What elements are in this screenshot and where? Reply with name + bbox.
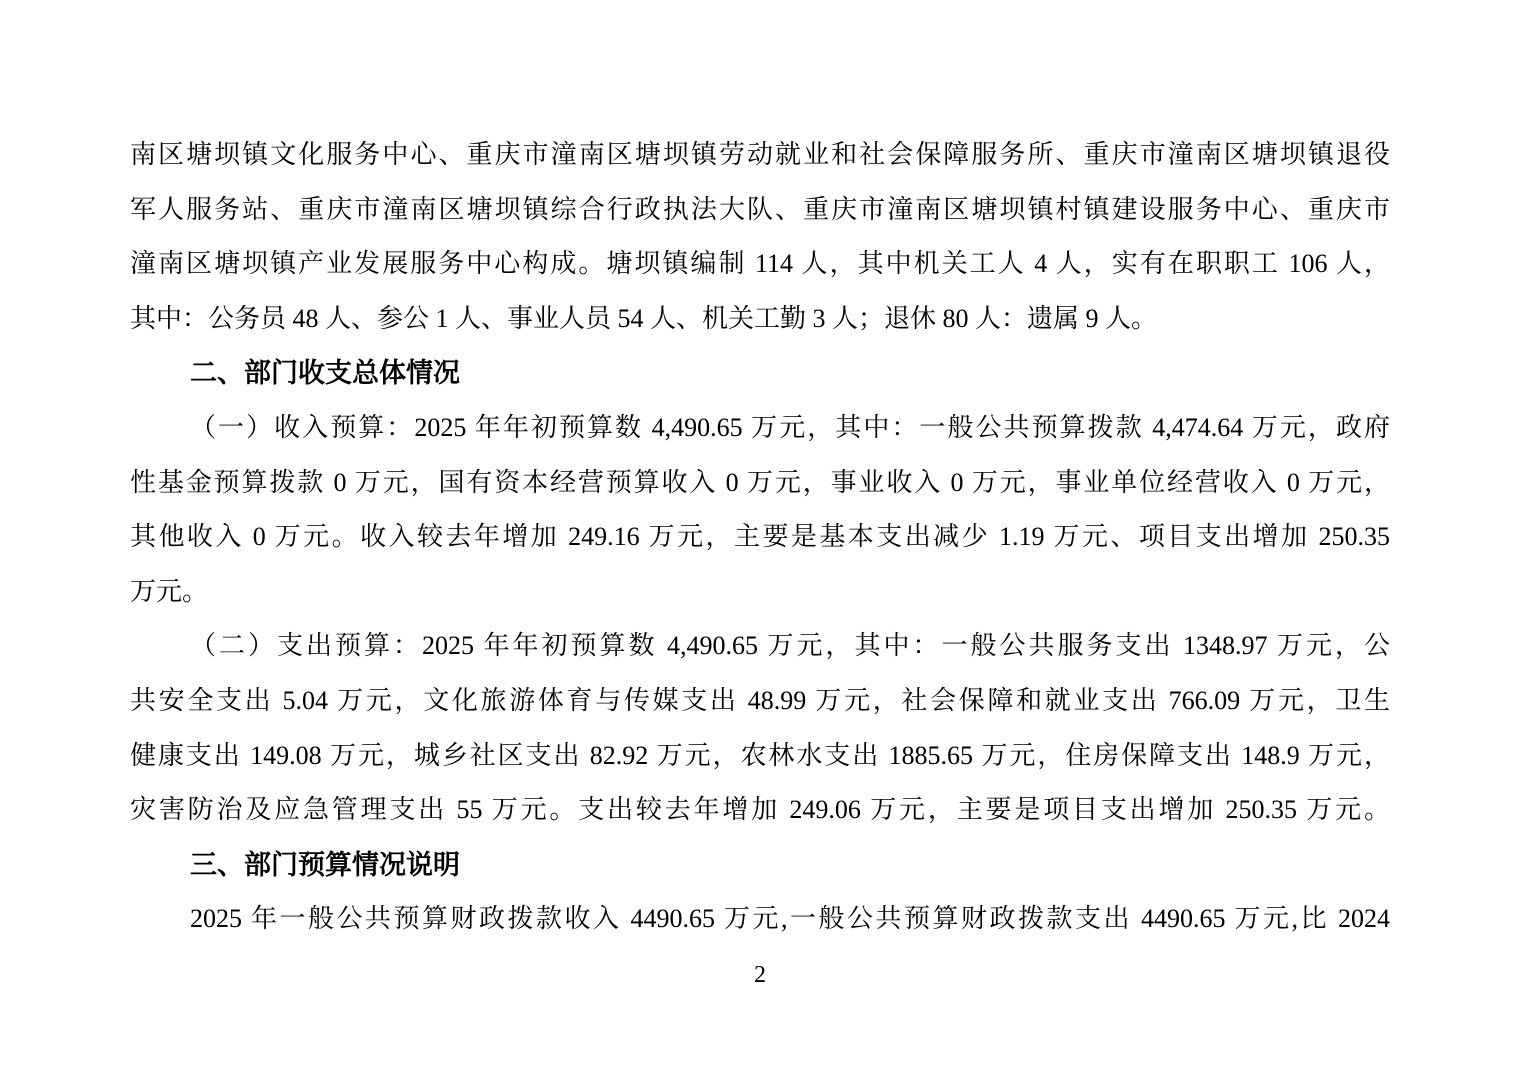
intro-paragraph-line: 军人服务站、重庆市潼南区塘坝镇综合行政执法大队、重庆市潼南区塘坝镇村镇建设服务中… bbox=[130, 183, 1390, 238]
intro-paragraph-line: 南区塘坝镇文化服务中心、重庆市潼南区塘坝镇劳动就业和社会保障服务所、重庆市潼南区… bbox=[130, 128, 1390, 183]
expenditure-paragraph-line: 灾害防治及应急管理支出 55 万元。支出较去年增加 249.06 万元，主要是项… bbox=[130, 783, 1390, 838]
income-paragraph-line: 其他收入 0 万元。收入较去年增加 249.16 万元，主要是基本支出减少 1.… bbox=[130, 510, 1390, 565]
intro-paragraph-line: 潼南区塘坝镇产业发展服务中心构成。塘坝镇编制 114 人，其中机关工人 4 人，… bbox=[130, 237, 1390, 292]
income-paragraph-line: （一）收入预算：2025 年年初预算数 4,490.65 万元，其中：一般公共预… bbox=[130, 401, 1390, 456]
section-3-heading: 三、部门预算情况说明 bbox=[130, 838, 1390, 893]
income-paragraph-line: 万元。 bbox=[130, 565, 1390, 620]
expenditure-paragraph-line: （二）支出预算：2025 年年初预算数 4,490.65 万元，其中：一般公共服… bbox=[130, 619, 1390, 674]
expenditure-paragraph-line: 健康支出 149.08 万元，城乡社区支出 82.92 万元，农林水支出 188… bbox=[130, 729, 1390, 784]
section-2-heading: 二、部门收支总体情况 bbox=[130, 346, 1390, 401]
income-paragraph-line: 性基金预算拨款 0 万元，国有资本经营预算收入 0 万元，事业收入 0 万元，事… bbox=[130, 456, 1390, 511]
document-page: 南区塘坝镇文化服务中心、重庆市潼南区塘坝镇劳动就业和社会保障服务所、重庆市潼南区… bbox=[0, 0, 1520, 1074]
document-body: 南区塘坝镇文化服务中心、重庆市潼南区塘坝镇劳动就业和社会保障服务所、重庆市潼南区… bbox=[130, 128, 1390, 947]
page-number: 2 bbox=[0, 958, 1520, 992]
budget-note-paragraph-line: 2025 年一般公共预算财政拨款收入 4490.65 万元,一般公共预算财政拨款… bbox=[130, 892, 1390, 947]
expenditure-paragraph-line: 共安全支出 5.04 万元，文化旅游体育与传媒支出 48.99 万元，社会保障和… bbox=[130, 674, 1390, 729]
intro-paragraph-line: 其中：公务员 48 人、参公 1 人、事业人员 54 人、机关工勤 3 人；退休… bbox=[130, 292, 1390, 347]
